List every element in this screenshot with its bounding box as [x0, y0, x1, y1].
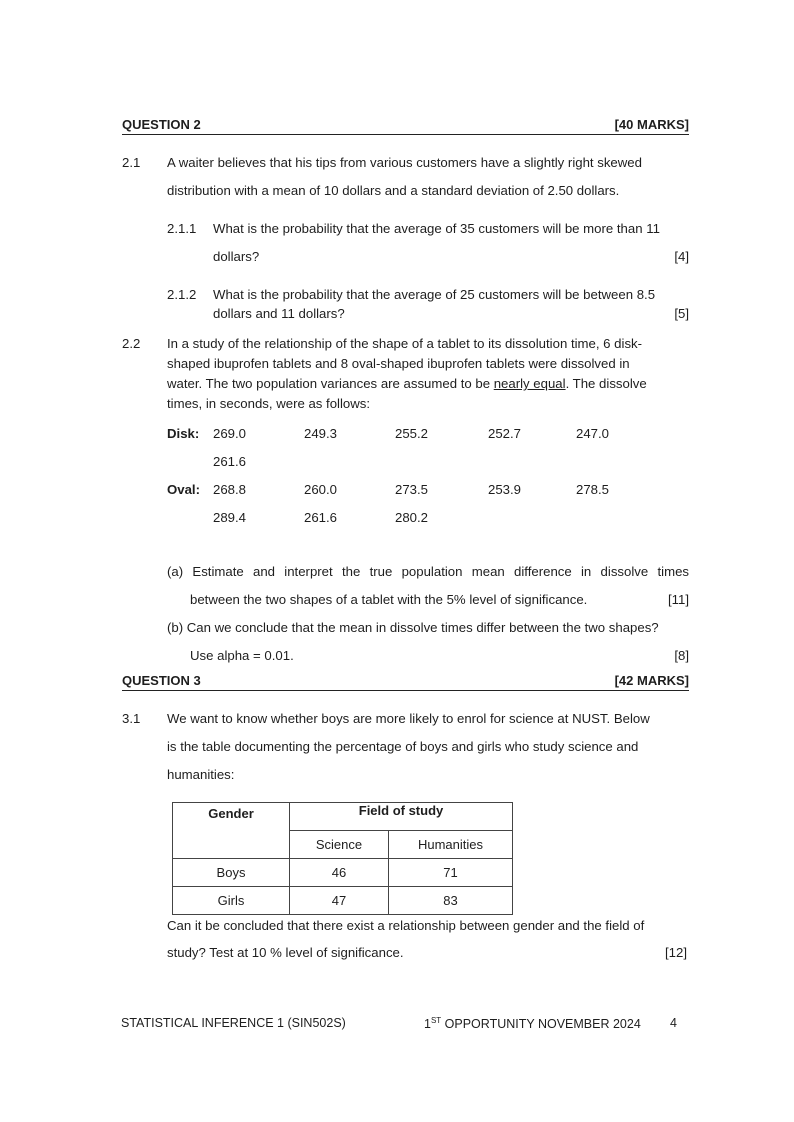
footer-opportunity-text: OPPORTUNITY NOVEMBER 2024 [441, 1017, 641, 1031]
footer-opportunity-sup: ST [431, 1016, 441, 1025]
disk-value: 252.7 [488, 426, 521, 441]
q3-1-after-line2: study? Test at 10 % level of significanc… [167, 945, 404, 960]
q2-1-number: 2.1 [122, 155, 140, 170]
footer-course: STATISTICAL INFERENCE 1 (SIN502S) [121, 1016, 346, 1030]
row-label-boys: Boys [173, 859, 290, 887]
question-3-heading: QUESTION 3 [42 MARKS] [122, 673, 689, 691]
q2-1-line2: distribution with a mean of 10 dollars a… [167, 183, 619, 198]
q2-2-number: 2.2 [122, 336, 140, 351]
oval-label: Oval: [167, 482, 200, 497]
q3-1-marks: [12] [665, 945, 687, 960]
q3-1-number: 3.1 [122, 711, 140, 726]
part-b-line1: (b) Can we conclude that the mean in dis… [167, 620, 659, 635]
gender-field-table: Gender Field of study Science Humanities… [172, 802, 513, 915]
part-a-marks: [11] [668, 592, 689, 607]
disk-value: 255.2 [395, 426, 428, 441]
question-2-marks: [40 MARKS] [615, 117, 689, 132]
oval-value: 289.4 [213, 510, 246, 525]
oval-value: 280.2 [395, 510, 428, 525]
q2-1-2-number: 2.1.2 [167, 287, 196, 302]
disk-label: Disk: [167, 426, 199, 441]
nearly-equal-underlined: nearly equal [494, 376, 566, 391]
q2-2-line3-post: . The dissolve [566, 376, 647, 391]
disk-value: 269.0 [213, 426, 246, 441]
disk-value: 247.0 [576, 426, 609, 441]
table-row: Boys 46 71 [173, 859, 513, 887]
q2-1-2-line2: dollars and 11 dollars? [213, 306, 345, 321]
q2-2-line3-pre: water. The two population variances are … [167, 376, 494, 391]
q2-1-1-marks: [4] [674, 249, 689, 264]
cell-girls-humanities: 83 [389, 887, 513, 915]
science-column-header: Science [290, 831, 389, 859]
q2-2-line4: times, in seconds, were as follows: [167, 396, 370, 411]
disk-value: 249.3 [304, 426, 337, 441]
q3-1-line1: We want to know whether boys are more li… [167, 711, 650, 726]
cell-girls-science: 47 [290, 887, 389, 915]
row-label-girls: Girls [173, 887, 290, 915]
q3-1-after-line1: Can it be concluded that there exist a r… [167, 918, 644, 933]
q2-1-1-line1: What is the probability that the average… [213, 221, 660, 236]
q2-1-1-line2: dollars? [213, 249, 259, 264]
q2-1-2-line1: What is the probability that the average… [213, 287, 655, 302]
oval-value: 261.6 [304, 510, 337, 525]
q3-1-line2: is the table documenting the percentage … [167, 739, 638, 754]
q2-1-1-number: 2.1.1 [167, 221, 196, 236]
oval-value: 278.5 [576, 482, 609, 497]
footer-page-number: 4 [670, 1016, 677, 1030]
q2-1-line1: A waiter believes that his tips from var… [167, 155, 642, 170]
question-2-title: QUESTION 2 [122, 117, 201, 132]
part-a-line1: (a) Estimate and interpret the true popu… [167, 564, 689, 579]
oval-value: 273.5 [395, 482, 428, 497]
oval-value: 268.8 [213, 482, 246, 497]
q2-1-2-marks: [5] [674, 306, 689, 321]
q3-1-line3: humanities: [167, 767, 234, 782]
humanities-column-header: Humanities [389, 831, 513, 859]
footer-opportunity: 1ST OPPORTUNITY NOVEMBER 2024 [424, 1016, 641, 1031]
part-b-line2: Use alpha = 0.01. [190, 648, 294, 663]
gender-header: Gender [173, 803, 290, 859]
table-row: Girls 47 83 [173, 887, 513, 915]
q2-2-line2: shaped ibuprofen tablets and 8 oval-shap… [167, 356, 630, 371]
part-b-marks: [8] [674, 648, 689, 663]
footer-opportunity-num: 1 [424, 1017, 431, 1031]
q2-2-line3: water. The two population variances are … [167, 376, 647, 391]
q2-2-line1: In a study of the relationship of the sh… [167, 336, 642, 351]
cell-boys-humanities: 71 [389, 859, 513, 887]
cell-boys-science: 46 [290, 859, 389, 887]
part-a-line2: between the two shapes of a tablet with … [190, 592, 587, 607]
oval-value: 253.9 [488, 482, 521, 497]
oval-value: 260.0 [304, 482, 337, 497]
question-3-title: QUESTION 3 [122, 673, 201, 688]
disk-value: 261.6 [213, 454, 246, 469]
question-2-heading: QUESTION 2 [40 MARKS] [122, 117, 689, 135]
field-of-study-header: Field of study [290, 803, 513, 831]
question-3-marks: [42 MARKS] [615, 673, 689, 688]
